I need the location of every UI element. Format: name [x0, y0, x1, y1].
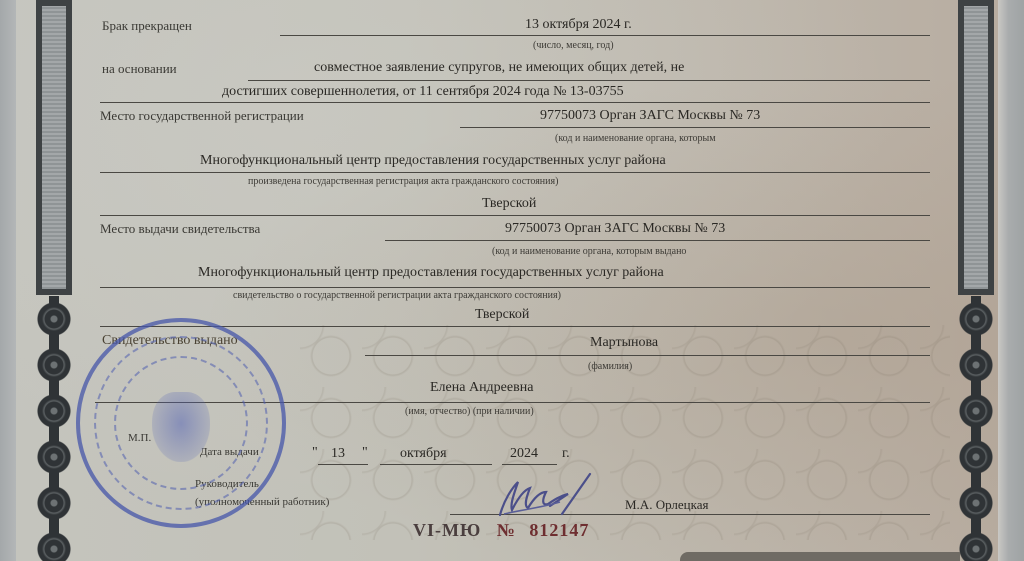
serial-no-sign: № — [497, 520, 516, 540]
registration-mfc-rule — [100, 172, 930, 173]
basis-label: на основании — [102, 61, 177, 77]
issue-month-rule — [380, 464, 492, 465]
handwritten-signature — [490, 470, 600, 520]
surname-rule — [365, 355, 930, 356]
issue-place-label: Место выдачи свидетельства — [100, 221, 260, 237]
basis-line1-rule — [248, 80, 930, 81]
registration-office: 97750073 Орган ЗАГС Москвы № 73 — [540, 108, 760, 124]
registration-office-rule — [460, 127, 930, 128]
given-names: Елена Андреевна — [430, 380, 533, 396]
issue-day-open-quote: " — [312, 445, 318, 461]
official-stamp — [76, 318, 286, 528]
issue-year-rule — [502, 464, 557, 465]
right-ornamental-border — [958, 0, 994, 561]
registration-caption2: произведена государственная регистрация … — [248, 176, 558, 187]
basis-line2-rule — [100, 102, 930, 103]
issue-year-suffix: г. — [562, 446, 570, 462]
coat-of-arms-icon — [152, 392, 210, 462]
border-knot-pattern — [36, 296, 72, 561]
issue-month: октября — [400, 446, 447, 462]
divorce-date-caption: (число, месяц, год) — [533, 40, 614, 51]
background-left-edge — [0, 0, 16, 561]
divorce-date: 13 октября 2024 г. — [525, 17, 632, 33]
surname: Мартынова — [590, 335, 658, 351]
serial-number-row: VI-МЮ № 812147 — [413, 520, 589, 541]
issue-mfc: Многофункциональный центр предоставления… — [198, 265, 664, 281]
background-right-edge — [998, 0, 1024, 561]
photo-shadow-edge — [680, 552, 960, 561]
registration-caption1: (код и наименование органа, которым — [555, 133, 716, 144]
given-names-caption: (имя, отчество) (при наличии) — [405, 406, 534, 417]
issue-day-close-quote: " — [362, 445, 368, 461]
issue-caption1: (код и наименование органа, которым выда… — [492, 246, 686, 257]
official-name: М.А. Орлецкая — [625, 497, 709, 513]
basis-line1: совместное заявление супругов, не имеющи… — [314, 60, 684, 76]
serial-prefix: VI-МЮ — [413, 520, 481, 540]
left-ornamental-border — [36, 0, 72, 561]
issue-office-rule — [385, 240, 930, 241]
issue-day-rule — [318, 464, 368, 465]
registration-district-rule — [100, 215, 930, 216]
border-bar — [36, 0, 72, 295]
registration-place-label: Место государственной регистрации — [100, 108, 304, 124]
basis-line2: достигших совершеннолетия, от 11 сентябр… — [222, 84, 624, 100]
surname-caption: (фамилия) — [588, 361, 632, 372]
issue-year: 2024 — [510, 446, 538, 462]
registration-district: Тверской — [482, 196, 536, 212]
issue-mfc-rule — [100, 287, 930, 288]
border-bar — [958, 0, 994, 295]
issue-district: Тверской — [475, 307, 529, 323]
issue-caption2: свидетельство о государственной регистра… — [233, 290, 561, 301]
registration-mfc: Многофункциональный центр предоставления… — [200, 153, 666, 169]
issue-office: 97750073 Орган ЗАГС Москвы № 73 — [505, 221, 725, 237]
issue-day: 13 — [331, 446, 345, 462]
divorce-date-line — [280, 35, 930, 36]
serial-number: 812147 — [529, 520, 589, 540]
border-knot-pattern — [958, 296, 994, 561]
divorce-label: Брак прекращен — [102, 18, 192, 34]
